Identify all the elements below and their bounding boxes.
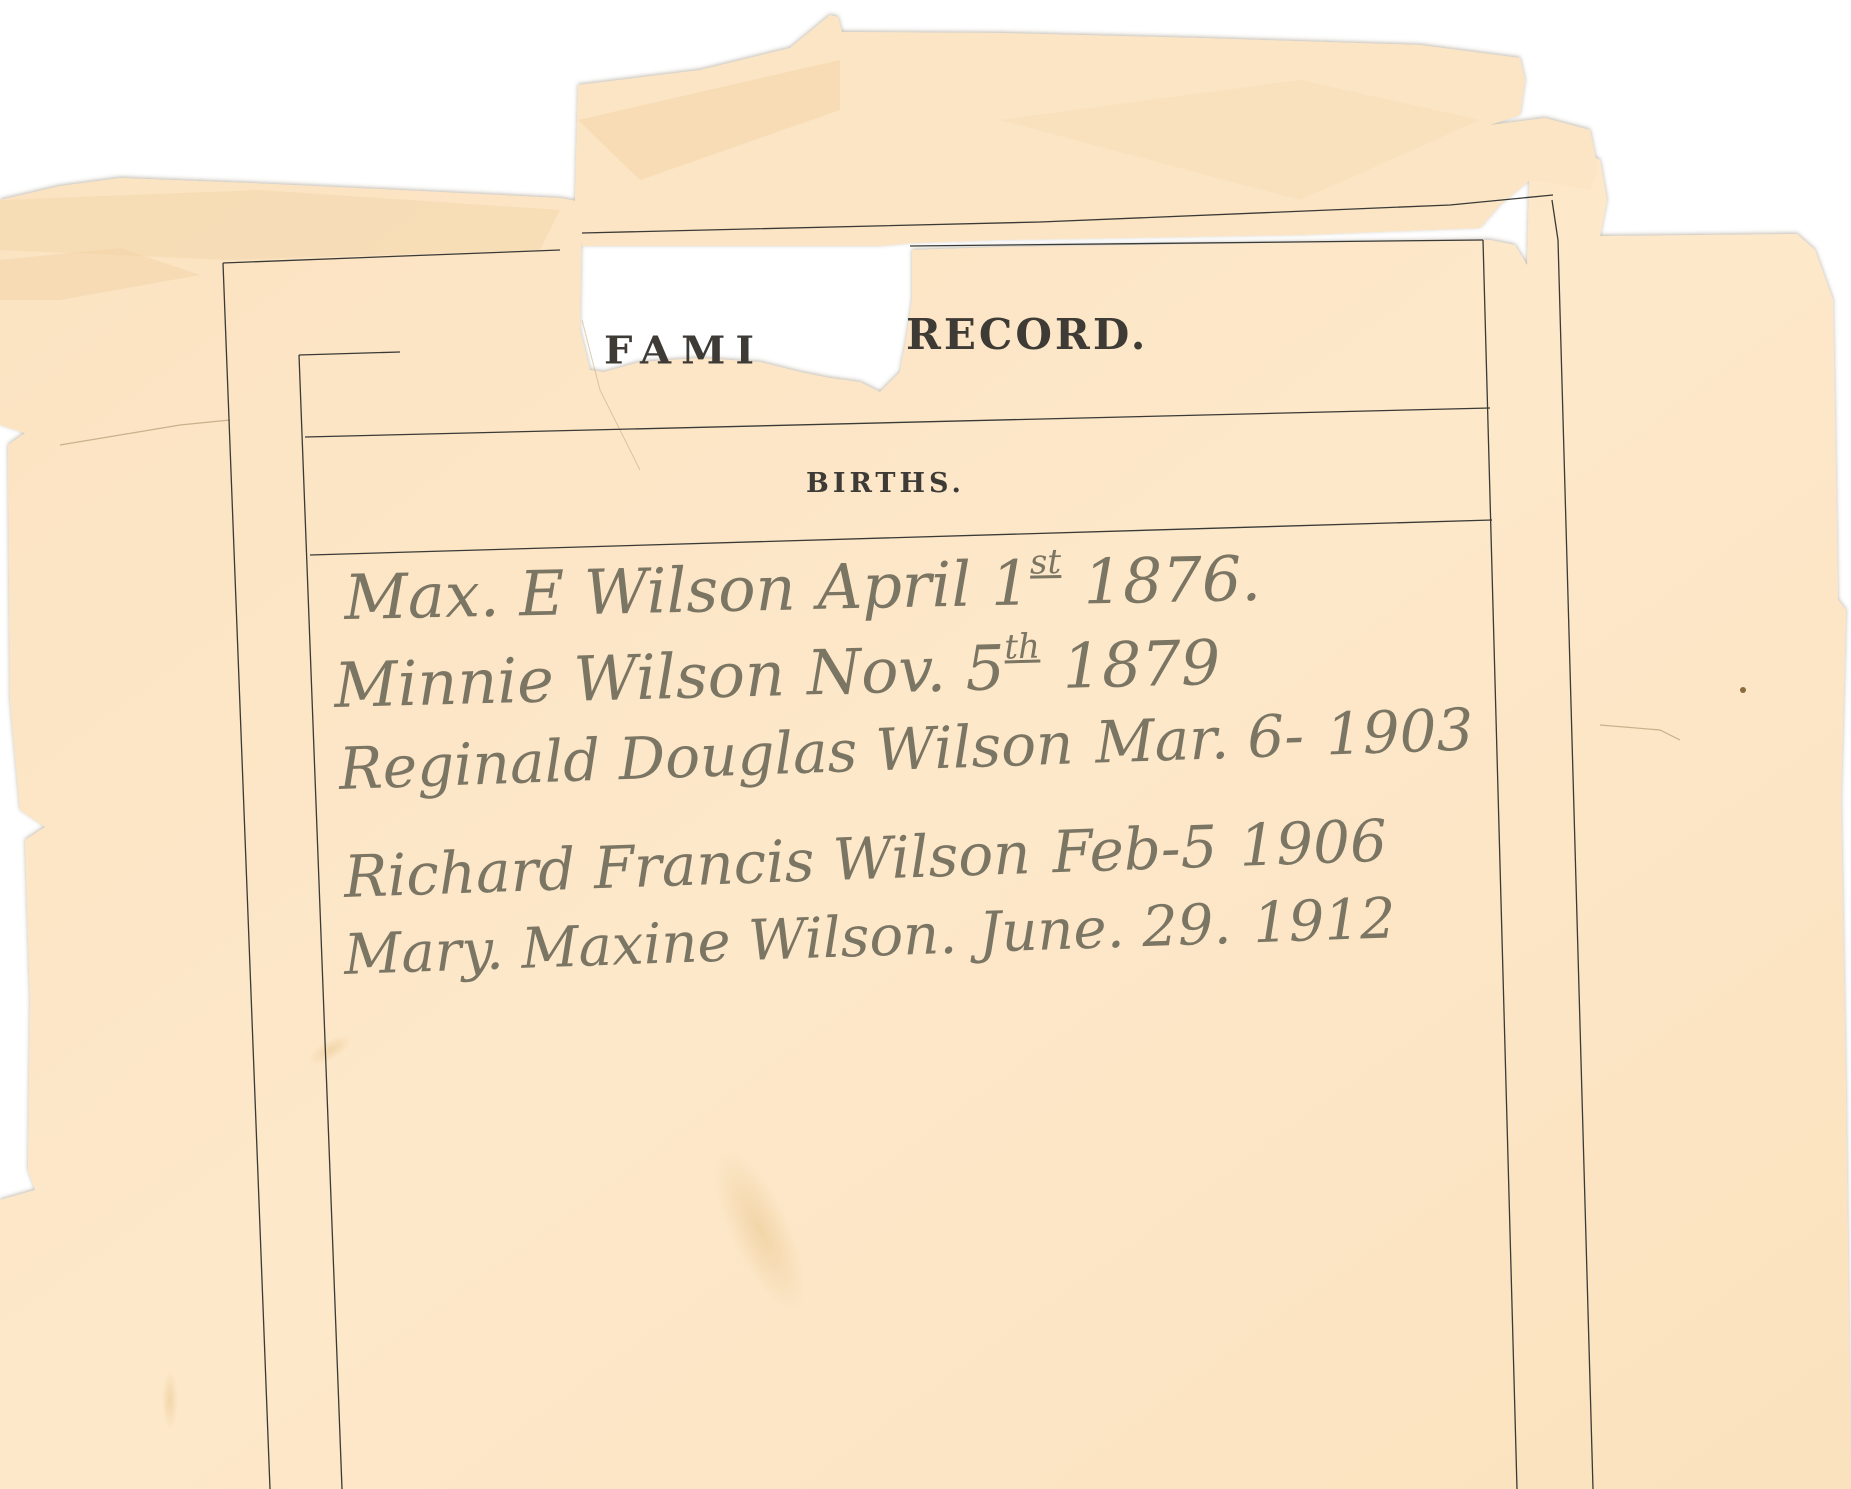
section-heading-births: BIRTHS. bbox=[806, 470, 965, 497]
entry-date: June. 29. bbox=[978, 897, 1232, 962]
scanned-document: FAMI RECORD. BIRTHS. Max. E WilsonApril … bbox=[0, 0, 1851, 1489]
entry-year: 1879 bbox=[1062, 632, 1221, 698]
entry-date: April 1st bbox=[817, 545, 1062, 619]
title-fragment-right: RECORD. bbox=[906, 314, 1148, 356]
entry-date: Mar. 6- bbox=[1094, 706, 1305, 771]
entry-year: 1876. bbox=[1083, 548, 1262, 614]
entry-date: Feb-5 bbox=[1051, 818, 1218, 882]
title-fragment-left: FAMI bbox=[604, 332, 764, 370]
entry-date: Nov. 5th bbox=[806, 630, 1041, 705]
entry-name: Minnie Wilson bbox=[333, 643, 785, 717]
entry-year: 1912 bbox=[1252, 891, 1396, 952]
entry-year: 1906 bbox=[1238, 812, 1388, 875]
entry-year: 1903 bbox=[1325, 700, 1475, 763]
entry-name: Max. E Wilson bbox=[344, 557, 796, 628]
